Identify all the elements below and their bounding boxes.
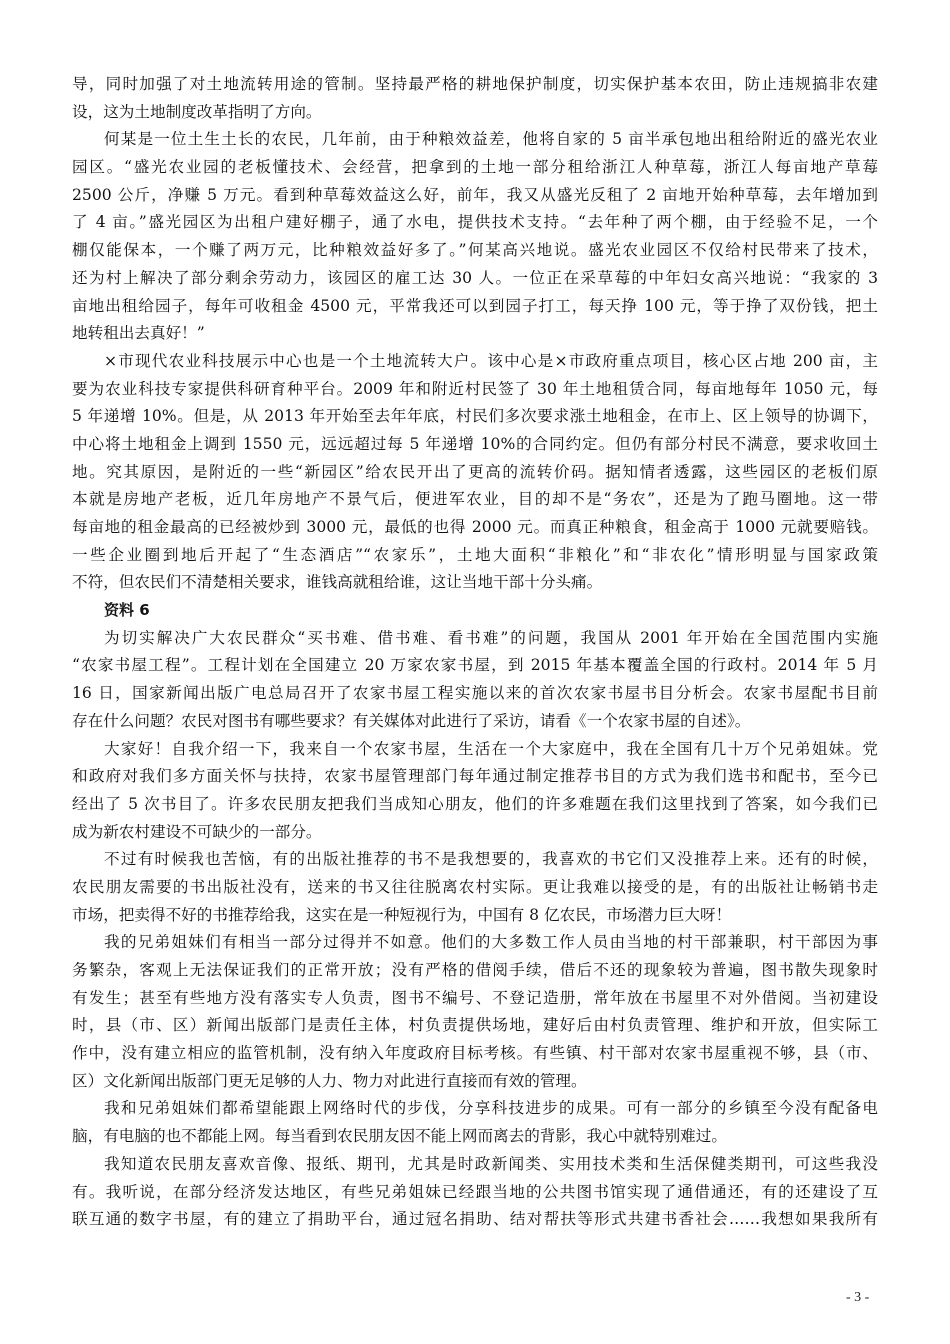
text-line: 一些企业圈到地后开起了“生态酒店”“农家乐”，土地大面积“非粮化”和“非农化”情…: [72, 542, 878, 570]
text-line: 和政府对我们多方面关怀与扶持，农家书屋管理部门每年通过制定推荐书目的方式为我们选…: [72, 763, 878, 791]
text-line: 我知道农民朋友喜欢音像、报纸、期刊，尤其是时政新闻类、实用技术类和生活保健类期刊…: [72, 1151, 878, 1179]
text-line: 每亩地的租金最高的已经被炒到 3000 元，最低的也得 2000 元。而真正种粮…: [72, 514, 878, 542]
text-line: “农家书屋工程”。工程计划在全国建立 20 万家农家书屋，到 2015 年基本覆…: [72, 652, 878, 680]
paragraph: 为切实解决广大农民群众“买书难、借书难、看书难”的问题，我国从 2001 年开始…: [72, 625, 878, 736]
paragraph: 我和兄弟姐妹们都希望能跟上网络时代的步伐，分享科技进步的成果。可有一部分的乡镇至…: [72, 1095, 878, 1150]
document-page: 导，同时加强了对土地流转用途的管制。坚持最严格的耕地保护制度，切实保护基本农田，…: [0, 0, 950, 1344]
text-line: 大家好！自我介绍一下，我来自一个农家书屋，生活在一个大家庭中，我在全国有几十万个…: [72, 736, 878, 764]
text-line: 时，县（市、区）新闻出版部门是责任主体，村负责提供场地，建好后由村负责管理、维护…: [72, 1012, 878, 1040]
paragraph: 不过有时候我也苦恼，有的出版社推荐的书不是我想要的，我喜欢的书它们又没推荐上来。…: [72, 846, 878, 929]
text-line: 何某是一位土生土长的农民，几年前，由于种粮效益差，他将自家的 5 亩半承包地出租…: [72, 126, 878, 154]
text-line: 不过有时候我也苦恼，有的出版社推荐的书不是我想要的，我喜欢的书它们又没推荐上来。…: [72, 846, 878, 874]
text-line: 脑，有电脑的也不都能上网。每当看到农民朋友因不能上网而离去的背影，我心中就特别难…: [72, 1123, 878, 1151]
text-line: ×市现代农业科技展示中心也是一个土地流转大户。该中心是×市政府重点项目，核心区占…: [72, 348, 878, 376]
text-line: 还为村上解决了部分剩余劳动力，该园区的雇工达 30 人。一位正在采草莓的中年妇女…: [72, 265, 878, 293]
section-heading: 资料 6: [72, 597, 878, 625]
text-line: 务繁杂，客观上无法保证我们的正常开放；没有严格的借阅手续，借后不还的现象较为普遍…: [72, 957, 878, 985]
text-line: 设，这为土地制度改革指明了方向。: [72, 99, 878, 127]
text-line: 联互通的数字书屋，有的建立了捐助平台，通过冠名捐助、结对帮扶等形式共建书香社会……: [72, 1206, 878, 1234]
text-line: 我的兄弟姐妹们有相当一部分过得并不如意。他们的大多数工作人员由当地的村干部兼职，…: [72, 929, 878, 957]
text-line: 导，同时加强了对土地流转用途的管制。坚持最严格的耕地保护制度，切实保护基本农田，…: [72, 71, 878, 99]
text-line: 市场，把卖得不好的书推荐给我，这实在是一种短视行为，中国有 8 亿农民，市场潜力…: [72, 902, 878, 930]
text-line: 地转租出去真好！”: [72, 320, 878, 348]
paragraph: 导，同时加强了对土地流转用途的管制。坚持最严格的耕地保护制度，切实保护基本农田，…: [72, 71, 878, 126]
document-body: 导，同时加强了对土地流转用途的管制。坚持最严格的耕地保护制度，切实保护基本农田，…: [72, 71, 878, 1234]
text-line: 亩地出租给园子，每年可收租金 4500 元，平常我还可以到园子打工，每天挣 10…: [72, 293, 878, 321]
text-line: 本就是房地产老板，近几年房地产不景气后，便进军农业，目的却不是“务农”，还是为了…: [72, 486, 878, 514]
paragraph: 我的兄弟姐妹们有相当一部分过得并不如意。他们的大多数工作人员由当地的村干部兼职，…: [72, 929, 878, 1095]
text-line: 有。我听说，在部分经济发达地区，有些兄弟姐妹已经跟当地的公共图书馆实现了通借通还…: [72, 1179, 878, 1207]
text-line: 区）文化新闻出版部门更无足够的人力、物力对此进行直接而有效的管理。: [72, 1068, 878, 1096]
text-line: 农民朋友需要的书出版社没有，送来的书又往往脱离农村实际。更让我难以接受的是，有的…: [72, 874, 878, 902]
page-number: - 3 -: [846, 1290, 869, 1306]
text-line: 地。究其原因，是附近的一些“新园区”给农民开出了更高的流转价码。据知情者透露，这…: [72, 459, 878, 487]
text-line: 我和兄弟姐妹们都希望能跟上网络时代的步伐，分享科技进步的成果。可有一部分的乡镇至…: [72, 1095, 878, 1123]
paragraph: ×市现代农业科技展示中心也是一个土地流转大户。该中心是×市政府重点项目，核心区占…: [72, 348, 878, 597]
paragraph: 大家好！自我介绍一下，我来自一个农家书屋，生活在一个大家庭中，我在全国有几十万个…: [72, 736, 878, 847]
text-line: 存在什么问题？农民对图书有哪些要求？有关媒体对此进行了采访，请看《一个农家书屋的…: [72, 708, 878, 736]
paragraph: 我知道农民朋友喜欢音像、报纸、期刊，尤其是时政新闻类、实用技术类和生活保健类期刊…: [72, 1151, 878, 1234]
text-line: 园区。“盛光农业园的老板懂技术、会经营，把拿到的土地一部分租给浙江人种草莓，浙江…: [72, 154, 878, 182]
paragraph: 何某是一位土生土长的农民，几年前，由于种粮效益差，他将自家的 5 亩半承包地出租…: [72, 126, 878, 348]
text-line: 有发生；甚至有些地方没有落实专人负责，图书不编号、不登记造册，常年放在书屋里不对…: [72, 985, 878, 1013]
text-line: 了 4 亩。”盛光园区为出租户建好棚子，通了水电，提供技术支持。“去年种了两个棚…: [72, 209, 878, 237]
text-line: 棚仅能保本，一个赚了两万元，比种粮效益好多了。”何某高兴地说。盛光农业园区不仅给…: [72, 237, 878, 265]
text-line: 成为新农村建设不可缺少的一部分。: [72, 819, 878, 847]
text-line: 2500 公斤，净赚 5 万元。看到种草莓效益这么好，前年，我又从盛光反租了 2…: [72, 182, 878, 210]
text-line: 中心将土地租金上调到 1550 元，远远超过每 5 年递增 10%的合同约定。但…: [72, 431, 878, 459]
text-line: 作中，没有建立相应的监管机制，没有纳入年度政府目标考核。有些镇、村干部对农家书屋…: [72, 1040, 878, 1068]
text-line: 经出了 5 次书目了。许多农民朋友把我们当成知心朋友，他们的许多难题在我们这里找…: [72, 791, 878, 819]
text-line: 不符，但农民们不清楚相关要求，谁钱高就租给谁，这让当地干部十分头痛。: [72, 569, 878, 597]
text-line: 16 日，国家新闻出版广电总局召开了农家书屋工程实施以来的首次农家书屋书目分析会…: [72, 680, 878, 708]
text-line: 要为农业科技专家提供科研育种平台。2009 年和附近村民签了 30 年土地租赁合…: [72, 376, 878, 404]
text-line: 5 年递增 10%。但是，从 2013 年开始至去年年底，村民们多次要求涨土地租…: [72, 403, 878, 431]
text-line: 为切实解决广大农民群众“买书难、借书难、看书难”的问题，我国从 2001 年开始…: [72, 625, 878, 653]
